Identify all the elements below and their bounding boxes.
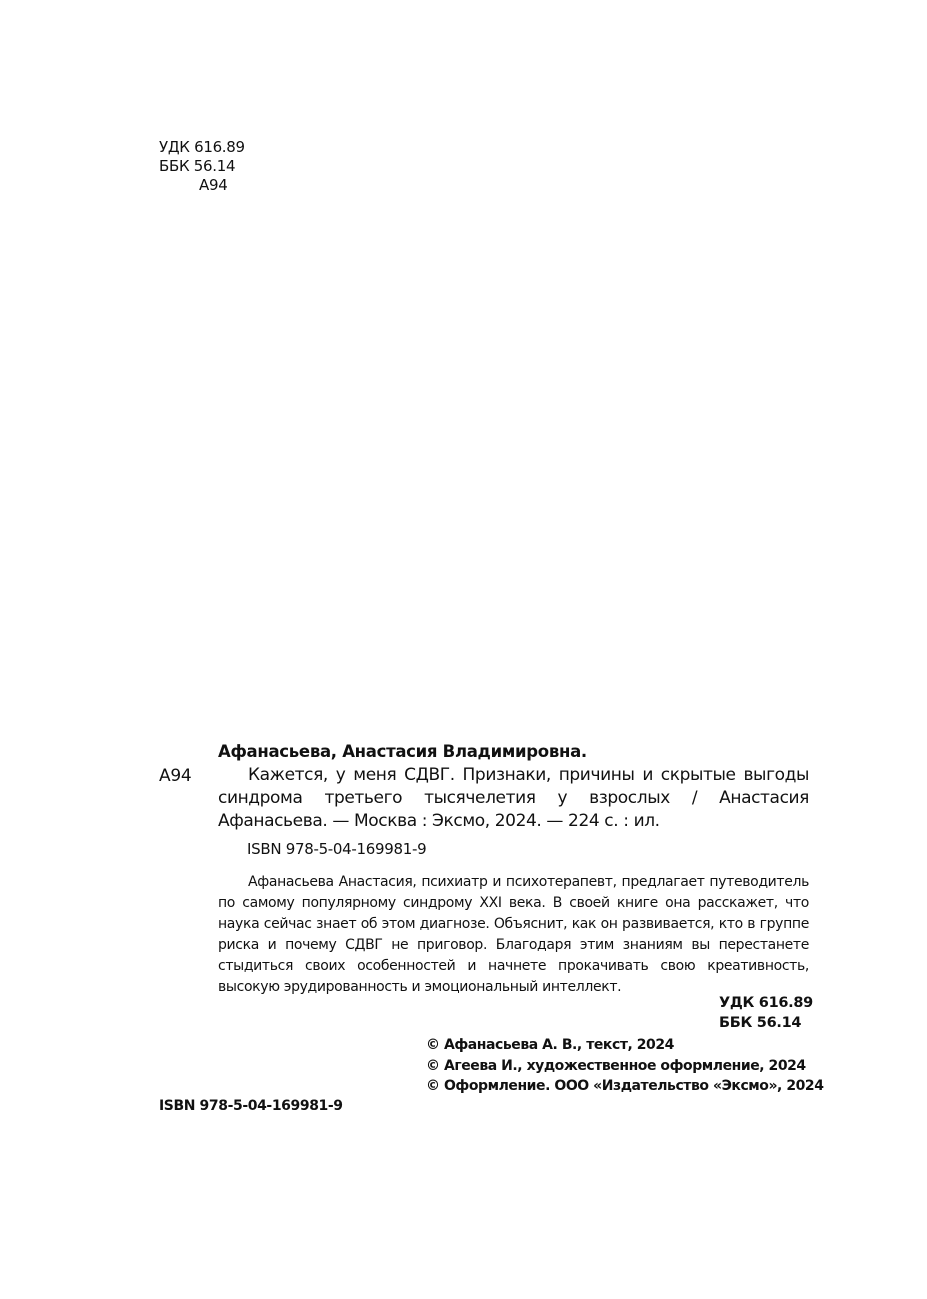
classification-codes-bottom: УДК 616.89 ББК 56.14: [719, 993, 813, 1033]
bibliographic-description: Кажется, у меня СДВГ. Признаки, причины …: [218, 764, 809, 833]
udk-code: УДК 616.89: [159, 138, 245, 157]
annotation: Афанасьева Анастасия, психиатр и психоте…: [218, 872, 809, 998]
udk-code-bottom: УДК 616.89: [719, 993, 813, 1013]
copyright-line: © Оформление. ООО «Издательство «Эксмо»,…: [426, 1076, 824, 1097]
copyright-line: © Афанасьева А. В., текст, 2024: [426, 1035, 824, 1056]
copyright-block: © Афанасьева А. В., текст, 2024 © Агеева…: [426, 1035, 824, 1097]
author-mark: А94: [159, 176, 245, 195]
isbn-bottom: ISBN 978-5-04-169981-9: [159, 1098, 343, 1114]
bbk-code: ББК 56.14: [159, 157, 245, 176]
classification-codes-top: УДК 616.89 ББК 56.14 А94: [159, 138, 245, 195]
author-mark-record: А94: [159, 766, 191, 786]
description-text: Кажется, у меня СДВГ. Признаки, причины …: [218, 764, 809, 833]
isbn-record: ISBN 978-5-04-169981-9: [247, 840, 426, 858]
copyright-line: © Агеева И., художественное оформление, …: [426, 1056, 824, 1077]
author-heading: Афанасьева, Анастасия Владимировна.: [218, 742, 587, 761]
bbk-code-bottom: ББК 56.14: [719, 1013, 813, 1033]
